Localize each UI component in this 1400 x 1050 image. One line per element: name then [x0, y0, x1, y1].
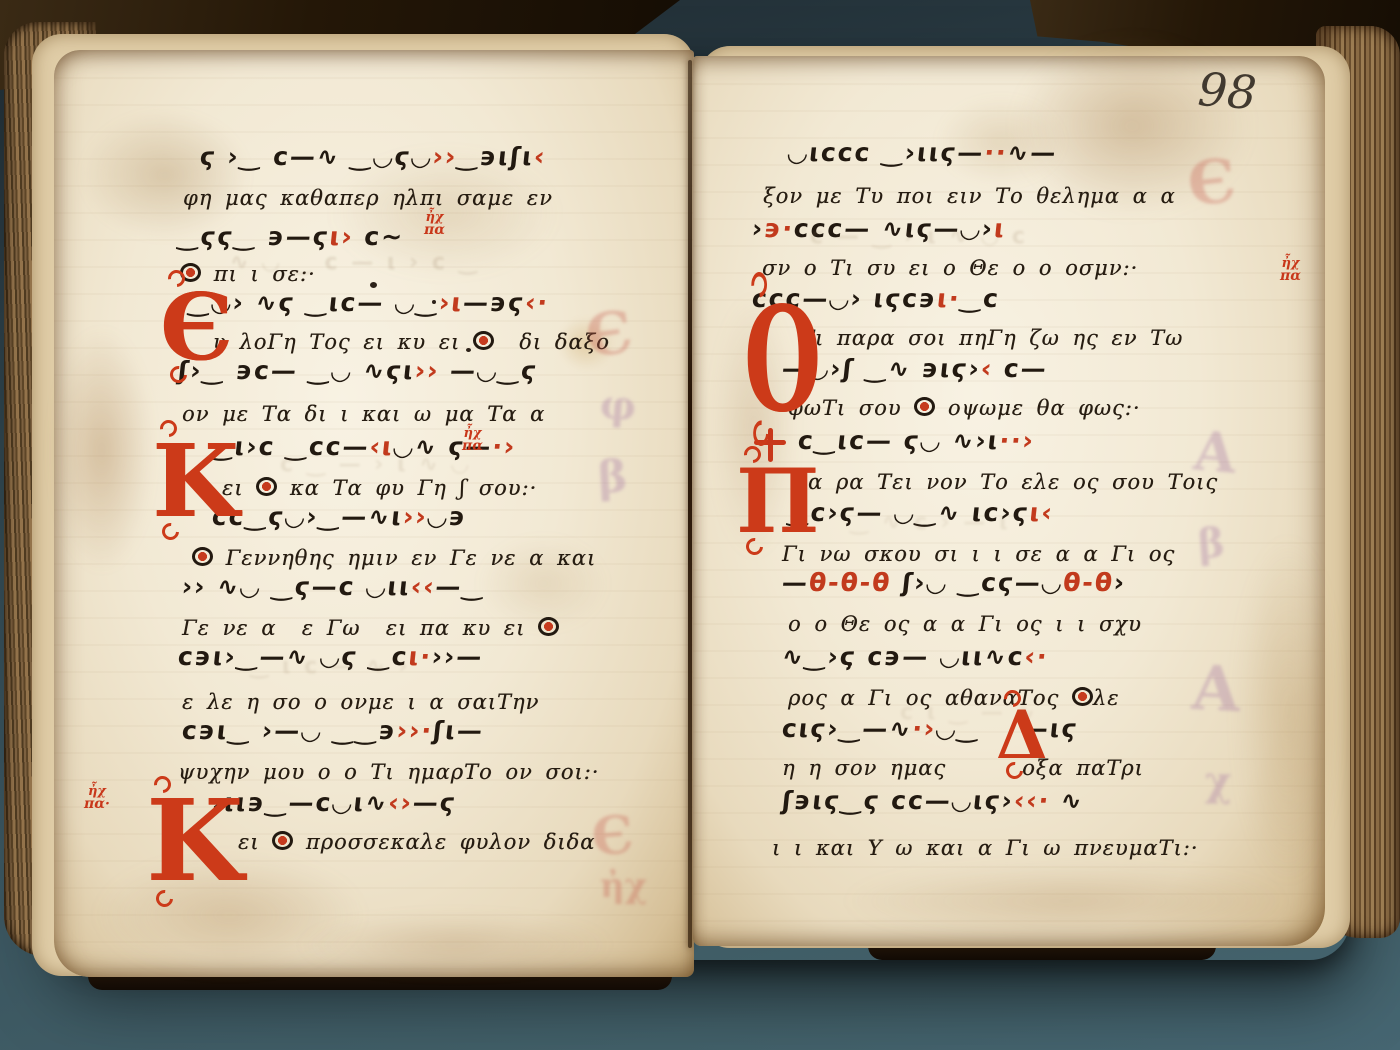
black-ink-text: δι δαξο — [494, 330, 610, 354]
red-ink-sign: ‹ — [532, 142, 547, 171]
ink-bleedthrough-mark: χ — [1205, 758, 1231, 805]
black-ink-text: ʃι— — [431, 716, 485, 745]
black-ink-text: Γεννηθης ημιν εν Γε νε α και — [213, 546, 596, 570]
lyric-line: Γε νε α ε Γω ει πα κυ ει — [182, 616, 559, 640]
neume-line: ›› ∿◡ ‿ϛ—ϲ ◡ιι‹‹—‿ — [180, 572, 486, 601]
lyric-line: η η σον ημας οξα παΤρι — [782, 756, 1144, 780]
decorated-epsilon — [473, 331, 494, 350]
mode-signature-mark: ἦχπα — [462, 428, 483, 452]
black-ink-text: ‿ϲ›ϛ— ◡‿∿ ιϲ›ϛ — [786, 498, 1031, 527]
lyric-line: ρος α Γι ος αθαναΤος λε — [788, 686, 1119, 710]
neume-line: ›϶·ϲϲϲ— ∿ιϛ—◡›ι — [750, 214, 1007, 243]
mode-sign-bottom: πα — [1280, 268, 1301, 284]
illuminated-initial: Ο — [744, 296, 821, 426]
neume-line: ϲϲ‿ϛ◡›‿—∿ι››◡϶ — [210, 502, 468, 531]
black-ink-text: Γι νω σκου σι ι ι σε α α Γι ος — [782, 542, 1175, 566]
black-ink-text: —‿ — [434, 572, 487, 601]
red-ink-sign: ϶· — [763, 214, 796, 243]
red-ink-sign: θ-θ — [1062, 568, 1116, 597]
neume-line: ʃ϶ιϛ‿ϛ ϲϲ—◡ιϛ›‹‹· ∿ — [780, 786, 1085, 815]
black-ink-text: ϲ϶ι‿ ›—◡ ‿‿϶ — [180, 716, 398, 745]
black-ink-text: —϶ϛ — [462, 288, 527, 317]
red-ink-sign: ι· — [407, 642, 433, 671]
black-ink-text: ʃ›◡ ‿ϲϛ—◡ — [890, 568, 1065, 597]
illuminated-initial: Є — [160, 286, 233, 369]
red-ink-sign: ··› — [998, 426, 1036, 455]
decorated-epsilon — [538, 617, 559, 636]
illuminated-initial: Δ — [996, 706, 1047, 765]
ink-bleedthrough-mark: β — [597, 451, 629, 503]
red-ink-sign: θ-θ-θ — [807, 568, 892, 597]
lyric-line: ι ι και Υ ω και α Γι ω πνευμαΤι:· — [772, 836, 1198, 860]
red-ink-sign: ‹‹· — [1012, 786, 1051, 815]
lyric-line: ε λε η σο ο ονμε ι α σαιΤην — [182, 690, 539, 714]
black-ink-text: υ λοΓη Τος ει κυ ει — [213, 330, 473, 354]
black-ink-text: — — [780, 568, 810, 597]
black-ink-text: ϲ‿ιϲ— ϛ◡ ∿›ι — [796, 426, 1001, 455]
black-ink-text: —ϛ — [411, 788, 458, 817]
black-ink-text: Τι παρα σοι πηΓη ζω ης εν Τω — [800, 326, 1183, 350]
black-ink-text: προσσεκαλε φυλον διδα — [293, 830, 595, 854]
illuminated-initial: Κ — [152, 436, 239, 526]
black-ink-text: ϲϲ‿ϛ◡›‿—∿ι — [210, 502, 404, 531]
black-ink-text: κα Τα φυ Γη ʃ σου:· — [277, 476, 537, 500]
red-ink-sign: ‹· — [1023, 642, 1050, 671]
black-ink-text: Γε νε α ε Γω ει πα κυ ει — [182, 616, 538, 640]
black-ink-text: ο ο Θε ος α α Γι ος ι ι σχυ — [788, 612, 1142, 636]
decorated-epsilon — [914, 397, 935, 416]
content-overlay: 98 ϛ ›‿ ϲ—∿ ‿◡ϛ◡››‿϶ιʃι‹φη μας καθαπερ η… — [0, 0, 1400, 1050]
black-ink-text: ϲ~ — [352, 222, 406, 251]
illuminated-initial: Π — [736, 462, 819, 541]
red-ink-sign: ‹· — [524, 288, 551, 317]
black-ink-text: ›› ∿◡ ‿ϛ—ϲ ◡ιι — [180, 572, 412, 601]
black-ink-text: ʃ϶ιϛ‿ϛ ϲϲ—◡ιϛ› — [780, 786, 1015, 815]
black-ink-text: ϲϲϲ— ∿ιϛ—◡› — [792, 214, 995, 243]
mode-signature-mark: ἦχπα — [424, 212, 445, 236]
black-ink-text: ∿‿›ϛ ϲ϶— ◡ιι∿ϲ — [780, 642, 1026, 671]
neume-line: ϛ ›‿ ϲ—∿ ‿◡ϛ◡››‿϶ιʃι‹ — [198, 142, 547, 171]
neume-line: ϲ‿ιϲ— ϛ◡ ∿›ι··› — [796, 426, 1036, 455]
black-ink-text: ϲ϶ι›‿—∿ ◡ϛ ‿ϲ — [176, 642, 410, 671]
black-ink-text: ∿— — [1006, 138, 1059, 167]
lyric-line: ει κα Τα φυ Γη ʃ σου:· — [222, 476, 537, 500]
lyric-line: Γεννηθης ημιν εν Γε νε α και — [192, 546, 596, 570]
decorated-epsilon — [192, 547, 213, 566]
black-ink-text: ϛ ›‿ ϲ—∿ ‿◡ϛ◡ — [198, 142, 434, 171]
lyric-line: φη μας καθαπερ ηλπι σαμε εν — [183, 186, 553, 210]
neume-line: —θ-θ-θ ʃ›◡ ‿ϲϛ—◡θ-θ› — [780, 568, 1127, 597]
lyric-line: Τι παρα σοι πηΓη ζω ης εν Τω — [800, 326, 1183, 350]
lyric-line: φωΤι σου οψωμε θα φως:· — [788, 396, 1141, 420]
black-ink-text: ◡ιϲϲϲ ‿›ιιϛ— — [786, 138, 985, 167]
neume-line: ‿ϲ›ϛ— ◡‿∿ ιϲ›ϛι‹ — [786, 498, 1055, 527]
mode-signature-mark: ἦχπα· — [84, 786, 110, 810]
neume-line: ∿‿›ϛ ϲ϶— ◡ιι∿ϲ‹· — [780, 642, 1049, 671]
black-ink-text: λε — [1093, 686, 1120, 710]
red-ink-sign: ›› — [402, 502, 430, 531]
black-ink-text: ‿ϲ — [959, 284, 1002, 313]
ink-bleedthrough-mark: ἠχ — [600, 866, 647, 906]
black-ink-text: ◡϶ — [426, 502, 468, 531]
red-ink-sign: ι› — [328, 222, 355, 251]
black-ink-text: ‿ϛϛ‿ ϶—ϛ — [176, 222, 331, 251]
mode-sign-bottom: πα — [424, 222, 445, 238]
illuminated-initial: Κ — [146, 792, 243, 893]
red-ink-sign: ›ι — [438, 288, 465, 317]
ink-bleedthrough-mark: Є — [589, 804, 636, 868]
red-ink-sign: ·› — [911, 714, 938, 743]
ink-bleedthrough-mark: φ — [598, 381, 637, 430]
ink-bleedthrough-mark: Є — [1184, 146, 1239, 221]
black-ink-text: ϲιϛ›‿—∿ — [780, 714, 913, 743]
neume-line: ◡ιϲϲϲ ‿›ιιϛ—··∿— — [786, 138, 1058, 167]
red-ink-sign: ι — [993, 214, 1008, 243]
red-ink-sign: ·› — [491, 432, 518, 461]
decorated-epsilon — [272, 831, 293, 850]
ink-bleedthrough-mark: Α — [1190, 651, 1242, 726]
ink-bleedthrough-mark: β — [1196, 519, 1226, 568]
red-ink-sign: ‹› — [387, 788, 415, 817]
decorated-epsilon — [1072, 687, 1093, 706]
red-ink-sign: ‹‹ — [409, 572, 437, 601]
red-ink-sign: ›› — [431, 142, 459, 171]
black-ink-text: οψωμε θα φως:· — [935, 396, 1140, 420]
black-ink-text: ι ι και Υ ω και α Γι ω πνευμαΤι:· — [772, 836, 1198, 860]
black-ink-text: ∿ — [1049, 786, 1086, 815]
black-ink-text: η η σον ημας οξα παΤρι — [782, 756, 1144, 780]
red-ink-sign: ››· — [395, 716, 434, 745]
black-ink-text: ϲ— — [992, 354, 1050, 383]
decorated-epsilon — [256, 477, 277, 496]
lyric-line: ξον με Τυ ποι ειν Το θελημα α α — [763, 184, 1176, 208]
neume-line: ‿ϛϛ‿ ϶—ϛι› ϲ~ — [176, 222, 405, 251]
mode-sign-bottom: πα — [462, 438, 483, 454]
black-ink-text: α ρα Τει νον Το ελε ος σου Τοις — [808, 470, 1218, 494]
black-ink-text: ‿϶ιʃι — [456, 142, 536, 171]
red-ink-sign: ‹ι — [368, 432, 395, 461]
black-ink-text: φη μας καθαπερ ηλπι σαμε εν — [183, 186, 553, 210]
lyric-line: Γι νω σκου σι ι ι σε α α Γι ος — [782, 542, 1175, 566]
black-ink-text: —◡‿ϛ — [438, 356, 540, 385]
lyric-line: υ λοΓη Τος ει κυ ει δι δαξο — [213, 330, 610, 354]
black-ink-text: ››— — [430, 642, 485, 671]
lyric-line: ο ο Θε ος α α Γι ος ι ι σχυ — [788, 612, 1142, 636]
black-ink-text: ε λε η σο ο ονμε ι α σαιΤην — [182, 690, 539, 714]
mode-sign-bottom: πα· — [84, 796, 110, 812]
neume-line: ϲ϶ι‿ ›—◡ ‿‿϶››·ʃι— — [180, 716, 485, 745]
neume-line: ϲ϶ι›‿—∿ ◡ϛ ‿ϲι·››— — [176, 642, 485, 671]
page-number: 98 — [1196, 62, 1258, 120]
red-ink-sign: ι‹ — [1028, 498, 1055, 527]
black-ink-text: › — [1112, 568, 1127, 597]
mode-signature-mark: ἦχπα — [1280, 258, 1301, 282]
manuscript-photo: 98 ϛ ›‿ ϲ—∿ ‿◡ϛ◡››‿϶ιʃι‹φη μας καθαπερ η… — [0, 0, 1400, 1050]
lyric-line: ει προσσεκαλε φυλον διδα — [238, 830, 595, 854]
neume-line: ›ιι϶‿—ϲ◡ι∿‹›—ϛ — [210, 788, 458, 817]
black-ink-text: ξον με Τυ ποι ειν Το θελημα α α — [763, 184, 1176, 208]
lyric-line: α ρα Τει νον Το ελε ος σου Τοις — [808, 470, 1218, 494]
